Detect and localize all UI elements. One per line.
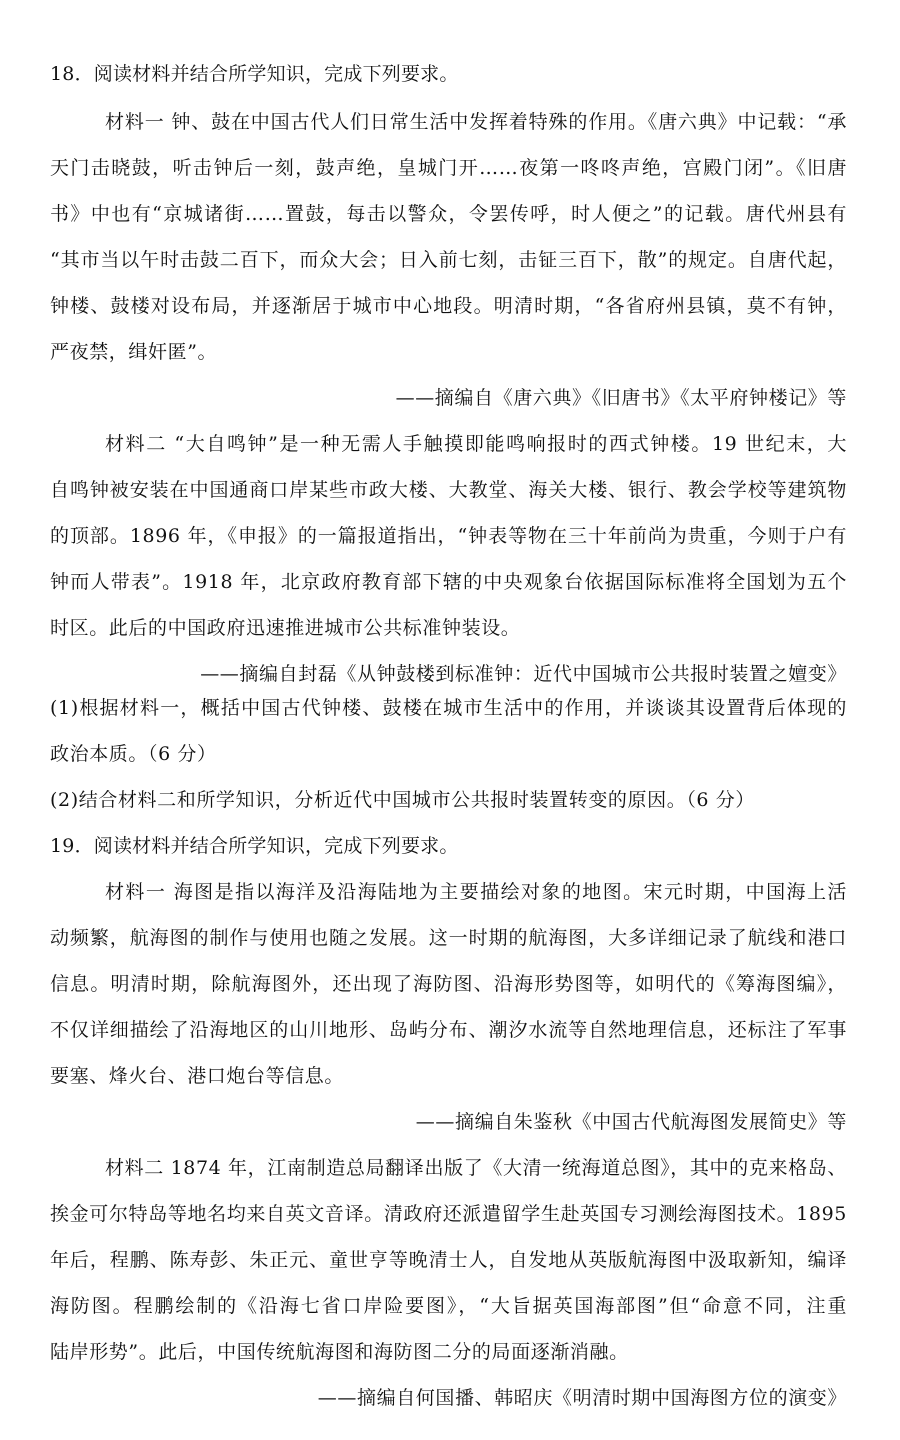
q19-m1-line: 动频繁，航海图的制作与使用也随之发展。这一时期的航海图，大多详细记录了航线和港口	[50, 926, 847, 950]
q18-m1-line: 严夜禁，缉奸匿”。	[50, 340, 217, 364]
q19-m1-line: 信息。明清时期，除航海图外，还出现了海防图、沿海形势图等，如明代的《筹海图编》，	[50, 972, 847, 996]
question-18-title: 18．阅读材料并结合所学知识，完成下列要求。	[50, 62, 459, 86]
q19-m1-source: ——摘编自朱鉴秋《中国古代航海图发展简史》等	[416, 1110, 847, 1134]
question-19-title: 19．阅读材料并结合所学知识，完成下列要求。	[50, 834, 459, 858]
q19-m2-line: 陆岸形势”。此后，中国传统航海图和海防图二分的局面逐渐消融。	[50, 1340, 629, 1364]
q18-sub-question-2: (2)结合材料二和所学知识，分析近代中国城市公共报时装置转变的原因。（6 分）	[50, 788, 755, 812]
q18-m1-line: “其市当以午时击鼓二百下，而众大会；日入前七刻，击钲三百下，散”的规定。自唐代起…	[50, 248, 847, 272]
q19-m1-line: 不仅详细描绘了沿海地区的山川地形、岛屿分布、潮汐水流等自然地理信息，还标注了军事	[50, 1018, 847, 1042]
q19-m2-line: 年后，程鹏、陈寿彭、朱正元、童世亨等晚清士人，自发地从英版航海图中汲取新知，编译	[50, 1248, 847, 1272]
q19-m2-source: ——摘编自何国播、韩昭庆《明清时期中国海图方位的演变》	[318, 1386, 847, 1410]
q19-m1-line: 要塞、烽火台、港口炮台等信息。	[50, 1064, 344, 1088]
q18-m2-source: ——摘编自封磊《从钟鼓楼到标准钟：近代中国城市公共报时装置之嬗变》	[200, 662, 847, 686]
q18-m2-line: 自鸣钟被安装在中国通商口岸某些市政大楼、大教堂、海关大楼、银行、教会学校等建筑物	[50, 478, 847, 502]
q18-m1-line: 钟楼、鼓楼对设布局，并逐渐居于城市中心地段。明清时期，“各省府州县镇，莫不有钟，	[50, 294, 847, 318]
q18-m2-line: 时区。此后的中国政府迅速推进城市公共标准钟装设。	[50, 616, 520, 640]
q18-m1-source: ——摘编自《唐六典》《旧唐书》《太平府钟楼记》等	[396, 386, 847, 410]
q18-sub-question-1-line: (1)根据材料一，概括中国古代钟楼、鼓楼在城市生活中的作用，并谈谈其设置背后体现…	[50, 696, 847, 720]
q19-m1-line: 材料一 海图是指以海洋及沿海陆地为主要描绘对象的地图。宋元时期，中国海上活	[105, 880, 847, 904]
q19-m2-line: 挨金可尔特岛等地名均来自英文音译。清政府还派遣留学生赴英国专习测绘海图技术。18…	[50, 1202, 847, 1226]
q18-sub-question-1-line: 政治本质。（6 分）	[50, 742, 217, 766]
q18-m2-line: 的顶部。1896 年，《申报》的一篇报道指出，“钟表等物在三十年前尚为贵重，今则…	[50, 524, 847, 548]
q18-m1-line: 书》中也有“京城诸街……置鼓，每击以警众，令罢传呼，时人便之”的记载。唐代州县有	[50, 202, 847, 226]
q18-m2-line: 钟而人带表”。1918 年，北京政府教育部下辖的中央观象台依据国际标准将全国划为…	[50, 570, 847, 594]
q18-m1-line: 天门击晓鼓，听击钟后一刻，鼓声绝，皇城门开……夜第一咚咚声绝，宫殿门闭”。《旧唐	[50, 156, 847, 180]
q18-m1-line: 材料一 钟、鼓在中国古代人们日常生活中发挥着特殊的作用。《唐六典》中记载：“承	[105, 110, 847, 134]
q19-m2-line: 材料二 1874 年，江南制造总局翻译出版了《大清一统海道总图》，其中的克来格岛…	[105, 1156, 847, 1180]
q19-m2-line: 海防图。程鹏绘制的《沿海七省口岸险要图》，“大旨据英国海部图”但“命意不同，注重	[50, 1294, 847, 1318]
q18-m2-line: 材料二 “大自鸣钟”是一种无需人手触摸即能鸣响报时的西式钟楼。19 世纪末，大	[105, 432, 847, 456]
